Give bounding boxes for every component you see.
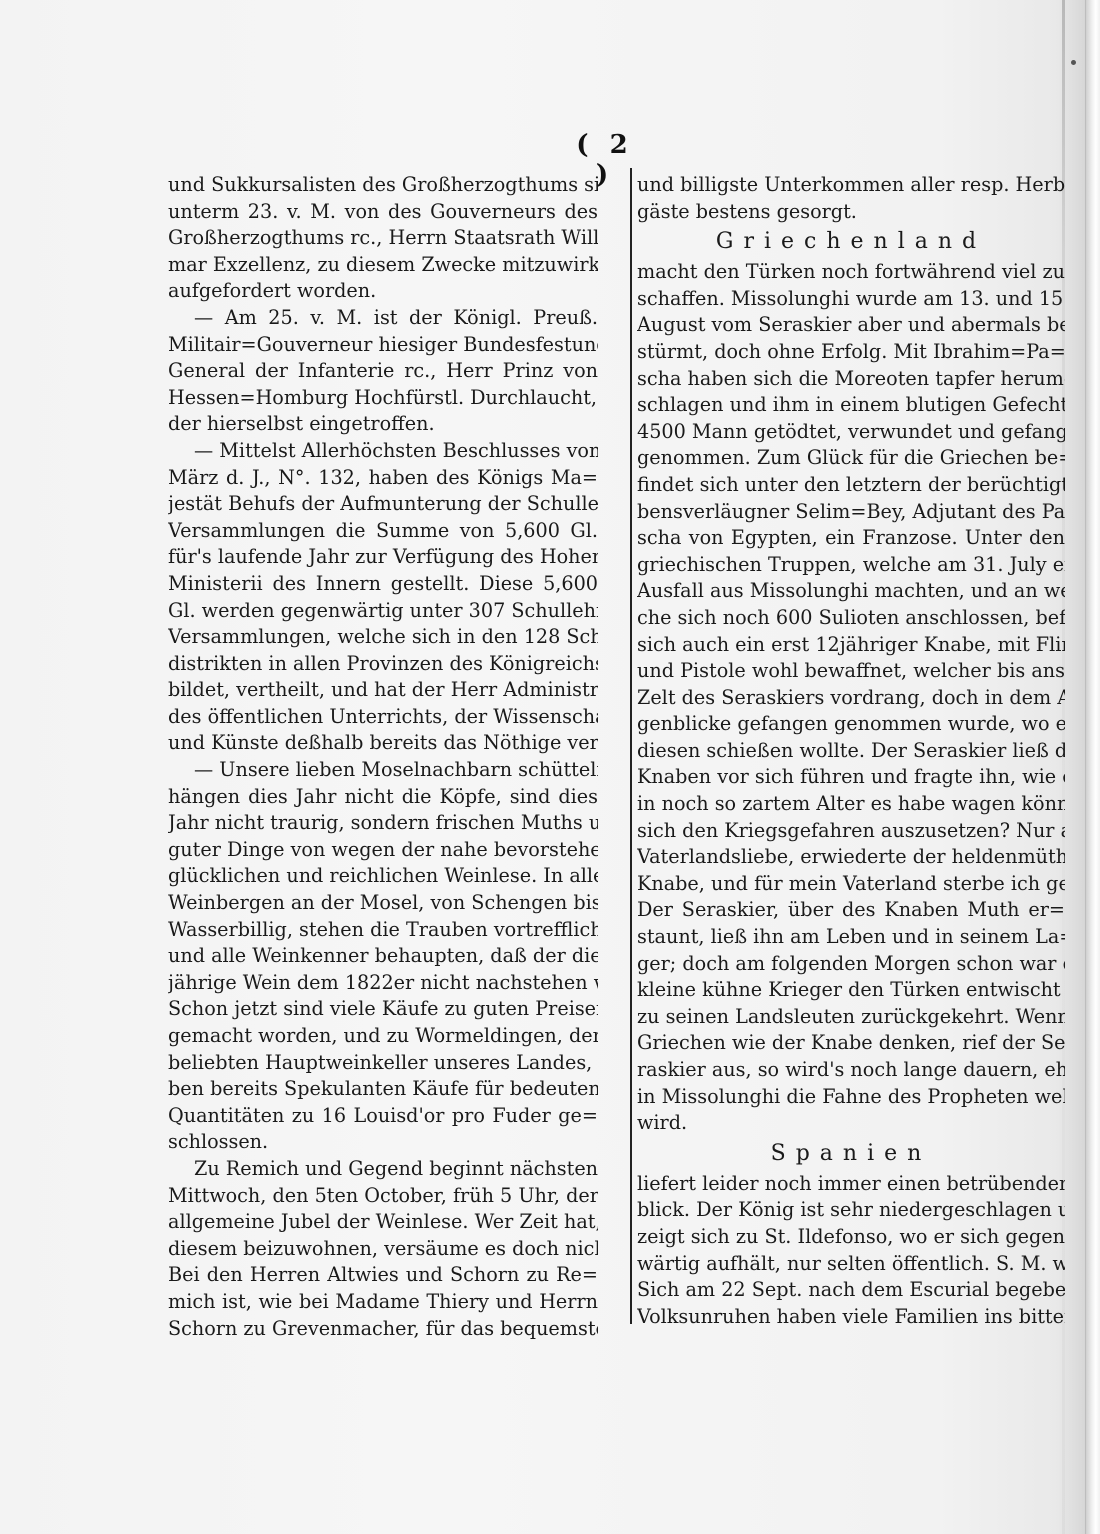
intro-paragraph: und billigste Unterkommen aller resp. He… <box>637 172 1065 225</box>
text-line: zu seinen Landsleuten zurückgekehrt. Wen… <box>637 1004 1065 1031</box>
text-line: blick. Der König ist sehr niedergeschlag… <box>637 1197 1065 1224</box>
text-line: Versammlungen, welche sich in den 128 Sc… <box>168 624 598 651</box>
text-line: Gl. werden gegenwärtig unter 307 Schulle… <box>168 598 598 625</box>
text-line: mar Exzellenz, zu diesem Zwecke mitzuwir… <box>168 252 598 279</box>
text-line: Schon jetzt sind viele Käufe zu guten Pr… <box>168 996 598 1023</box>
text-line: Zu Remich und Gegend beginnt nächsten <box>168 1156 598 1183</box>
text-line: kleine kühne Krieger den Türken entwisch… <box>637 977 1065 1004</box>
text-line: sich auch ein erst 12jähriger Knabe, mit… <box>637 632 1065 659</box>
text-line: jestät Behufs der Aufmunterung der Schul… <box>168 491 598 518</box>
left-column: und Sukkursalisten des Großherzogthums s… <box>168 172 598 1342</box>
text-line: und alle Weinkenner behaupten, daß der d… <box>168 943 598 970</box>
text-line: staunt, ließ ihn am Leben und in seinem … <box>637 924 1065 951</box>
text-line: schaffen. Missolunghi wurde am 13. und 1… <box>637 286 1065 313</box>
text-line: diesen schießen wollte. Der Seraskier li… <box>637 738 1065 765</box>
text-line: bildet, vertheilt, und hat der Herr Admi… <box>168 677 598 704</box>
text-line: General der Infanterie rc., Herr Prinz v… <box>168 358 598 385</box>
spain-article: liefert leider noch immer einen betrüben… <box>637 1171 1065 1331</box>
text-line: jährige Wein dem 1822er nicht nachstehen… <box>168 970 598 997</box>
text-line: sich den Kriegsgefahren auszusetzen? Nur… <box>637 818 1065 845</box>
text-line: ger; doch am folgenden Morgen schon war … <box>637 951 1065 978</box>
text-line: allgemeine Jubel der Weinlese. Wer Zeit … <box>168 1209 598 1236</box>
text-line: Vaterlandsliebe, erwiederte der heldenmü… <box>637 844 1065 871</box>
text-line: scha von Egypten, ein Franzose. Unter de… <box>637 525 1065 552</box>
text-line: Knaben vor sich führen und fragte ihn, w… <box>637 764 1065 791</box>
text-line: bensverläugner Selim=Bey, Adjutant des P… <box>637 499 1065 526</box>
text-line: Quantitäten zu 16 Louisd'or pro Fuder ge… <box>168 1103 598 1130</box>
text-line: Weinbergen an der Mosel, von Schengen bi… <box>168 890 598 917</box>
right-column: und billigste Unterkommen aller resp. He… <box>637 172 1065 1330</box>
text-line: Versammlungen die Summe von 5,600 Gl. <box>168 518 598 545</box>
text-line: Großherzogthums rc., Herrn Staatsrath Wi… <box>168 225 598 252</box>
text-line: genommen. Zum Glück für die Griechen be= <box>637 445 1065 472</box>
text-line: wird. <box>637 1110 1065 1137</box>
text-line: März d. J., N°. 132, haben des Königs Ma… <box>168 465 598 492</box>
text-line: schlagen und ihm in einem blutigen Gefec… <box>637 392 1065 419</box>
text-line: Zelt des Seraskiers vordrang, doch in de… <box>637 685 1065 712</box>
text-line: unterm 23. v. M. von des Gouverneurs des <box>168 199 598 226</box>
text-line: mich ist, wie bei Madame Thiery und Herr… <box>168 1289 598 1316</box>
text-line: Jahr nicht traurig, sondern frischen Mut… <box>168 810 598 837</box>
text-line: Militair=Gouverneur hiesiger Bundesfestu… <box>168 332 598 359</box>
column-divider <box>630 168 632 1324</box>
text-line: August vom Seraskier aber und abermals b… <box>637 312 1065 339</box>
text-line: der hierselbst eingetroffen. <box>168 411 598 438</box>
text-line: und Sukkursalisten des Großherzogthums s… <box>168 172 598 199</box>
text-line: in noch so zartem Alter es habe wagen kö… <box>637 791 1065 818</box>
text-line: diesem beizuwohnen, versäume es doch nic… <box>168 1236 598 1263</box>
text-line: Bei den Herren Altwies und Schorn zu Re= <box>168 1262 598 1289</box>
text-line: glücklichen und reichlichen Weinlese. In… <box>168 863 598 890</box>
text-line: genblicke gefangen genommen wurde, wo er… <box>637 711 1065 738</box>
text-line: Volksunruhen haben viele Familien ins bi… <box>637 1304 1065 1331</box>
text-line: liefert leider noch immer einen betrüben… <box>637 1171 1065 1198</box>
text-line: griechischen Truppen, welche am 31. July… <box>637 552 1065 579</box>
text-line: — Mittelst Allerhöchsten Beschlusses vom… <box>168 438 598 465</box>
text-line: ben bereits Spekulanten Käufe für bedeut… <box>168 1076 598 1103</box>
text-line: che sich noch 600 Sulioten anschlossen, … <box>637 605 1065 632</box>
text-line: scha haben sich die Moreoten tapfer heru… <box>637 366 1065 393</box>
text-line: Griechen wie der Knabe denken, rief der … <box>637 1030 1065 1057</box>
scanned-page: ( 2 ) und Sukkursalisten des Großherzogt… <box>0 0 1100 1534</box>
text-line: Der Seraskier, über des Knaben Muth er= <box>637 897 1065 924</box>
text-line: macht den Türken noch fortwährend viel z… <box>637 259 1065 286</box>
text-line: guter Dinge von wegen der nahe bevorsteh… <box>168 837 598 864</box>
text-line: des öffentlichen Unterrichts, der Wissen… <box>168 704 598 731</box>
greece-article: macht den Türken noch fortwährend viel z… <box>637 259 1065 1137</box>
text-line: zeigt sich zu St. Ildefonso, wo er sich … <box>637 1224 1065 1251</box>
text-line: findet sich unter den letztern der berüc… <box>637 472 1065 499</box>
text-line: Wasserbillig, stehen die Trauben vortref… <box>168 917 598 944</box>
text-line: Sich am 22 Sept. nach dem Escurial begeb… <box>637 1277 1065 1304</box>
text-line: beliebten Hauptweinkeller unseres Landes… <box>168 1050 598 1077</box>
text-line: Ausfall aus Missolunghi machten, und an … <box>637 578 1065 605</box>
text-line: — Am 25. v. M. ist der Königl. Preuß. <box>168 305 598 332</box>
text-line: — Unsere lieben Moselnachbarn schütteln … <box>168 757 598 784</box>
paper-speck <box>1071 60 1076 65</box>
text-line: in Missolunghi die Fahne des Propheten w… <box>637 1084 1065 1111</box>
text-line: Schorn zu Grevenmacher, für das bequemst… <box>168 1316 598 1343</box>
binding-edge <box>1085 0 1100 1534</box>
section-heading-spain: Spanien <box>637 1139 1065 1169</box>
text-line: und Künste deßhalb bereits das Nöthige v… <box>168 730 598 757</box>
section-heading-greece: Griechenland <box>637 227 1065 257</box>
text-line: gäste bestens gesorgt. <box>637 199 1065 226</box>
text-line: Knabe, und für mein Vaterland sterbe ich… <box>637 871 1065 898</box>
text-line: Ministerii des Innern gestellt. Diese 5,… <box>168 571 598 598</box>
text-line: und billigste Unterkommen aller resp. He… <box>637 172 1065 199</box>
text-line: distrikten in allen Provinzen des Königr… <box>168 651 598 678</box>
text-line: stürmt, doch ohne Erfolg. Mit Ibrahim=Pa… <box>637 339 1065 366</box>
text-line: und Pistole wohl bewaffnet, welcher bis … <box>637 658 1065 685</box>
text-line: Mittwoch, den 5ten October, früh 5 Uhr, … <box>168 1183 598 1210</box>
text-line: 4500 Mann getödtet, verwundet und gefang… <box>637 419 1065 446</box>
text-line: wärtig aufhält, nur selten öffentlich. S… <box>637 1251 1065 1278</box>
text-line: raskier aus, so wird's noch lange dauern… <box>637 1057 1065 1084</box>
text-line: gemacht worden, und zu Wormeldingen, dem <box>168 1023 598 1050</box>
text-line: für's laufende Jahr zur Verfügung des Ho… <box>168 544 598 571</box>
text-line: schlossen. <box>168 1129 598 1156</box>
text-line: Hessen=Homburg Hochfürstl. Durchlaucht, … <box>168 385 598 412</box>
text-line: hängen dies Jahr nicht die Köpfe, sind d… <box>168 784 598 811</box>
text-line: aufgefordert worden. <box>168 278 598 305</box>
